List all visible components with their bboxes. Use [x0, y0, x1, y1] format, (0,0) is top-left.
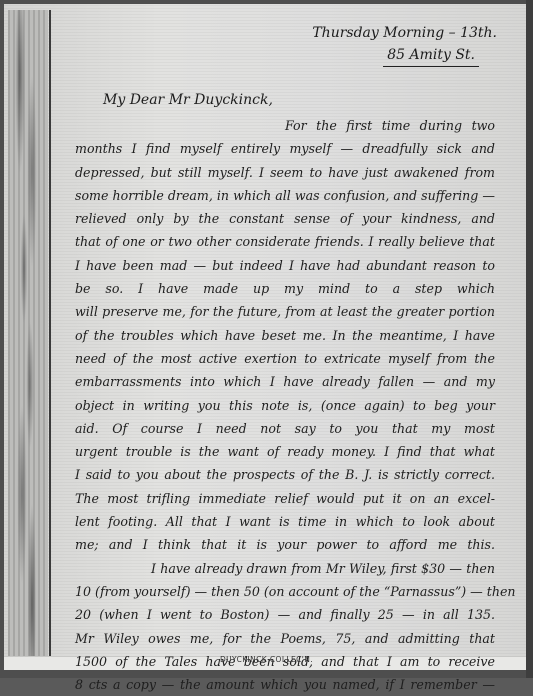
body-line: I have been mad — but indeed I have had … — [75, 254, 495, 277]
body-line: me; and I think that it is your power to… — [75, 533, 495, 556]
letter-header: Thursday Morning – 13th. 85 Amity St. — [312, 22, 497, 67]
right-edge-shadow — [526, 0, 533, 678]
body-line: aid. Of course I need not say to you tha… — [75, 417, 495, 440]
body-line: I have already drawn from Mr Wiley, firs… — [75, 557, 495, 580]
body-line: of the troubles which have beset me. In … — [75, 324, 495, 347]
fold-line — [49, 10, 51, 656]
torn-margin-strip — [8, 10, 48, 656]
collection-stamp: DUYCKINCK COLLEC'N. — [0, 655, 533, 664]
body-line: relieved only by the constant sense of y… — [75, 207, 495, 230]
body-line: depressed, but still myself. I seem to h… — [75, 161, 495, 184]
body-line: 8 cts a copy — the amount which you name… — [75, 673, 495, 678]
body-line: I said to you about the prospects of the… — [75, 463, 495, 486]
body-line: object in writing you this note is, (onc… — [75, 394, 495, 417]
body-line: For the first time during two — [75, 114, 495, 137]
address-line: 85 Amity St. — [383, 44, 479, 67]
date-line: Thursday Morning – 13th. — [312, 22, 497, 44]
body-line: lent footing. All that I want is time in… — [75, 510, 495, 533]
body-line: 10 (from yourself) — then 50 (on account… — [75, 580, 495, 603]
body-line: that of one or two other considerate fri… — [75, 230, 495, 253]
body-line: months I find myself entirely myself — d… — [75, 137, 495, 160]
body-line: will preserve me, for the future, from a… — [75, 300, 495, 323]
letter-body: For the first time during two months I f… — [75, 114, 495, 678]
body-line: be so. I have made up my mind to a step … — [75, 277, 495, 300]
body-line: The most trifling immediate relief would… — [75, 487, 495, 510]
salutation: My Dear Mr Duyckinck, — [103, 92, 273, 108]
body-line: embarrassments into which I have already… — [75, 370, 495, 393]
body-line: Mr Wiley owes me, for the Poems, 75, and… — [75, 627, 495, 650]
body-line: need of the most active exertion to extr… — [75, 347, 495, 370]
body-line: urgent trouble is the want of ready mone… — [75, 440, 495, 463]
body-line: some horrible dream, in which all was co… — [75, 184, 495, 207]
body-line: 20 (when I went to Boston) — and finally… — [75, 603, 495, 626]
